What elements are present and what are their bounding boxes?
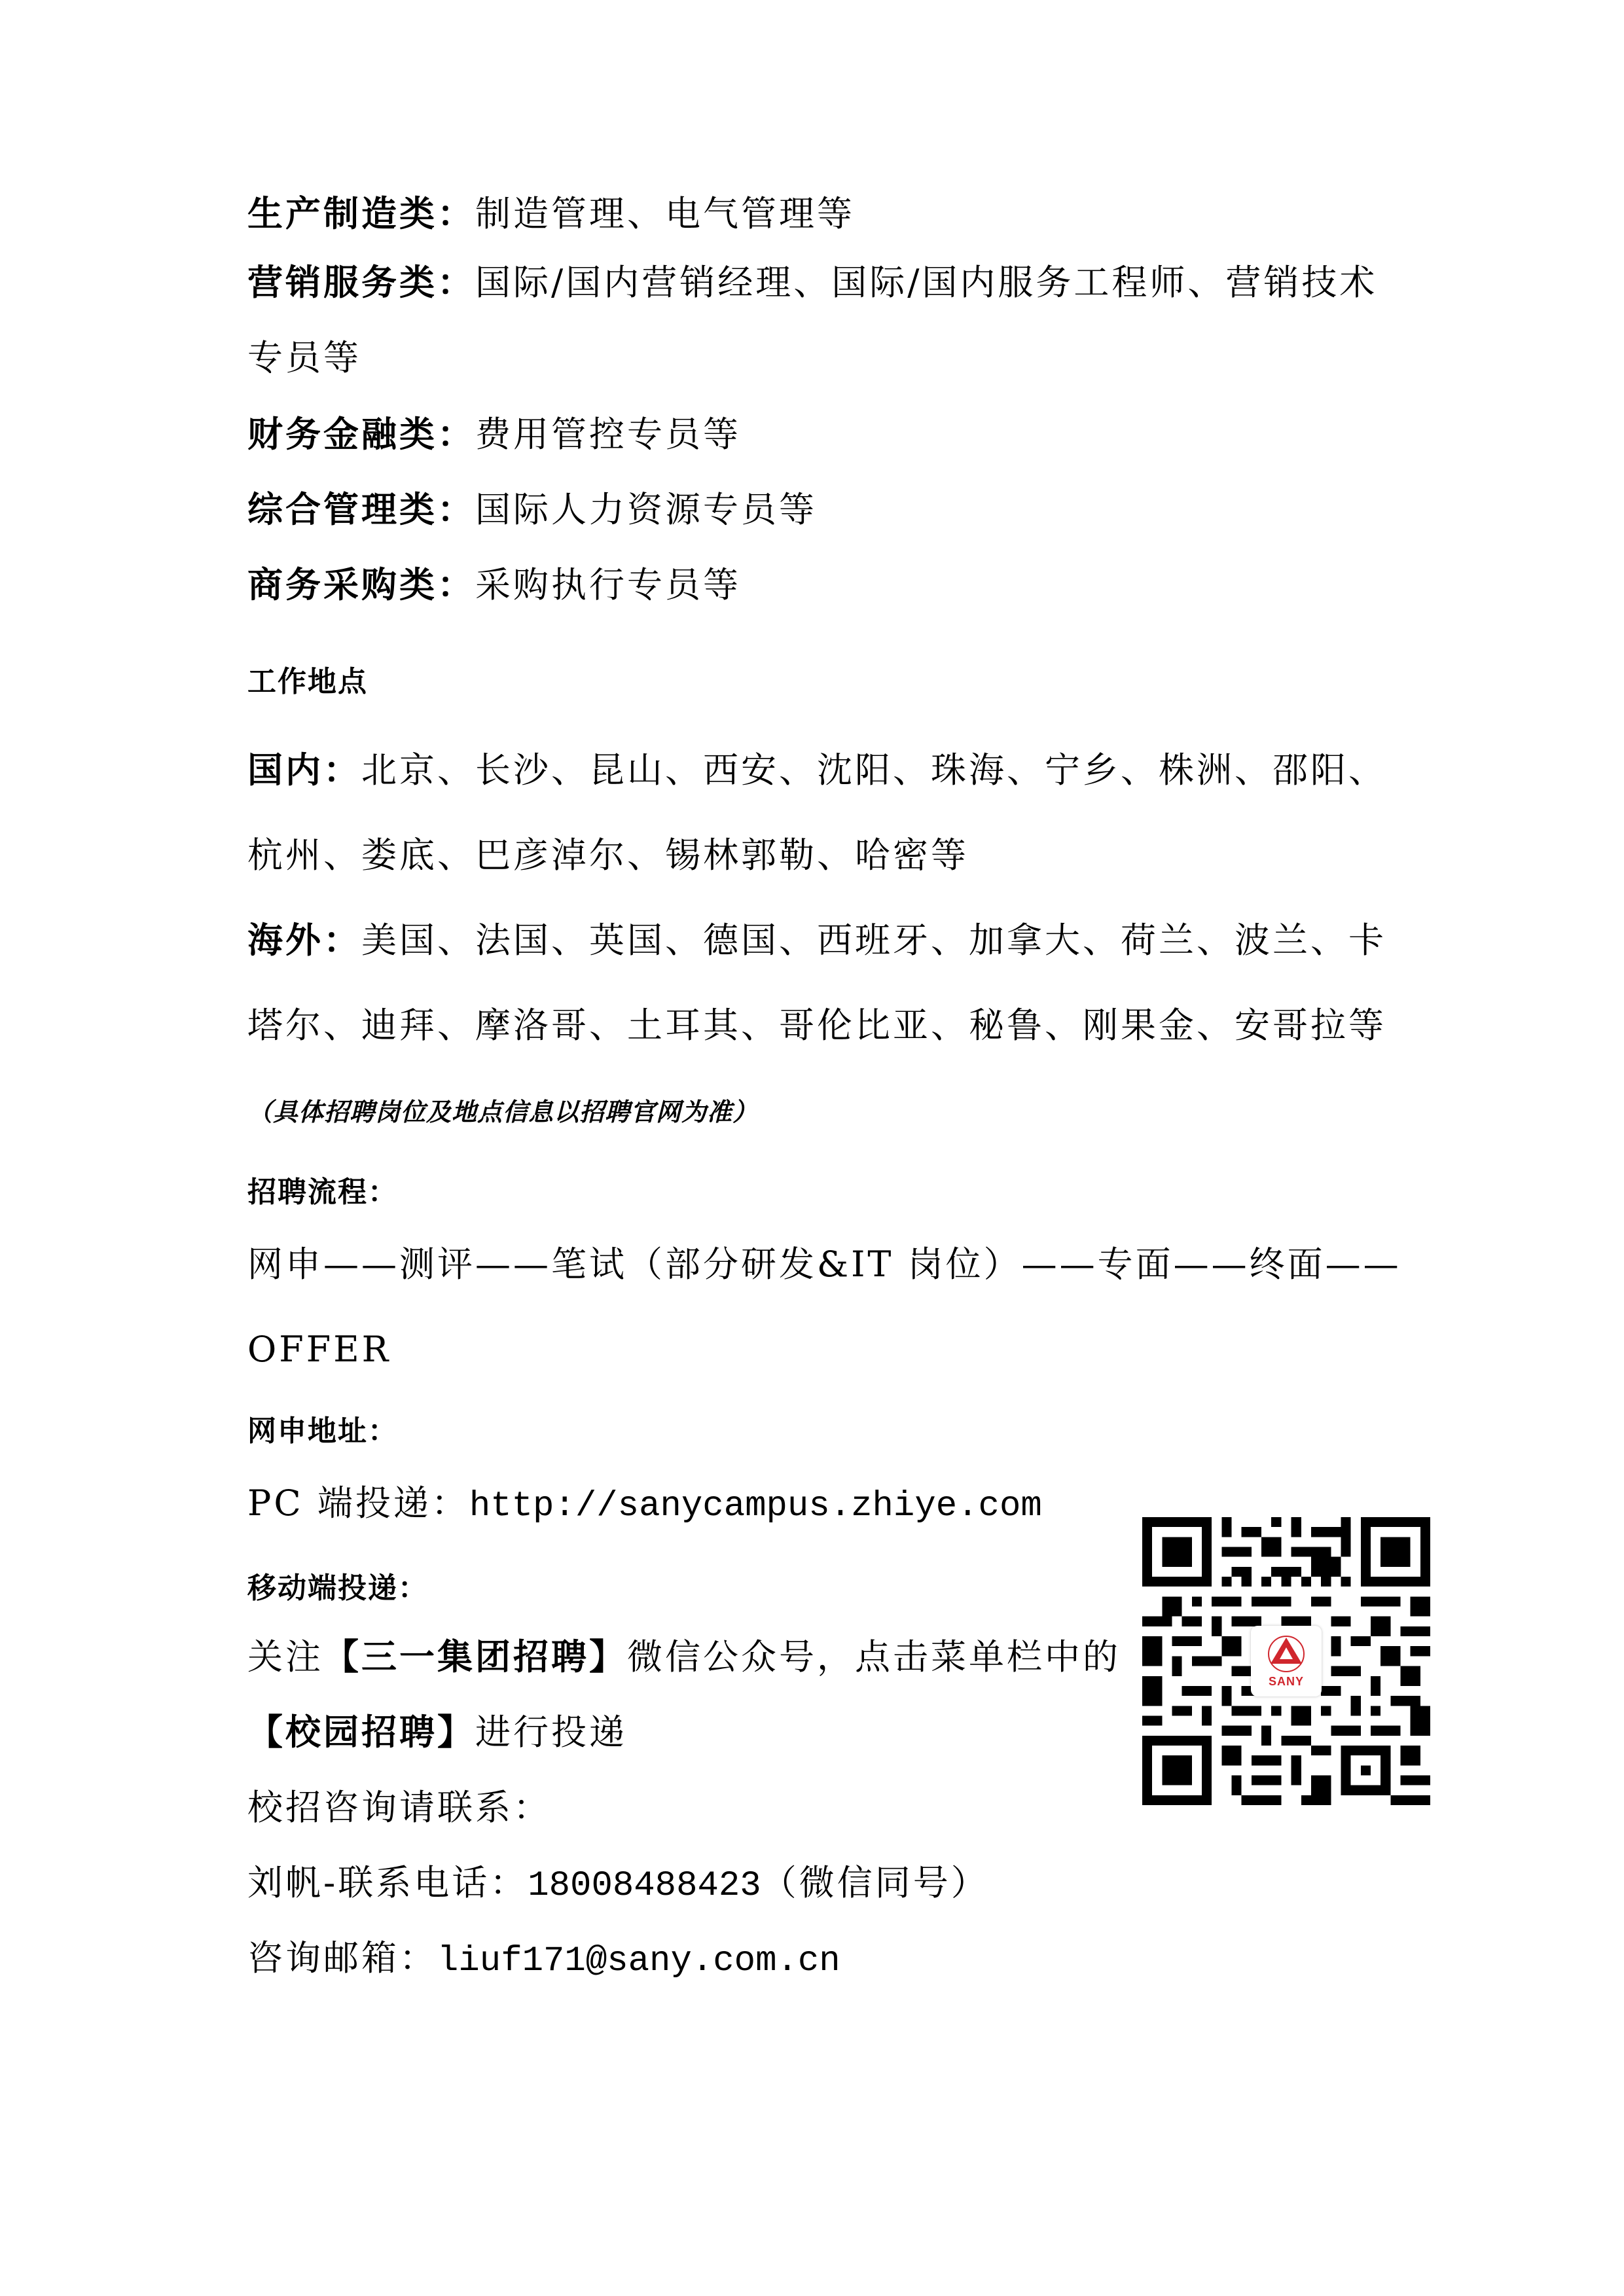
overseas-list: 美国、法国、英国、德国、西班牙、加拿大、荷兰、波兰、卡 (361, 920, 1386, 961)
wechat-account-name: 【三一集团招聘】 (323, 1636, 627, 1677)
pc-apply: PC 端投递：http://sanycampus.zhiye.com (247, 1486, 1042, 1524)
category-procurement: 商务采购类：采购执行专员等 (247, 567, 741, 603)
contact-phone: 刘帆-联系电话：18008488423（微信同号） (247, 1865, 989, 1904)
overseas-locations-cont: 塔尔、迪拜、摩洛哥、土耳其、哥伦比亚、秘鲁、刚果金、安哥拉等 (247, 1008, 1386, 1043)
locations-note: （具体招聘岗位及地点信息以招聘官网为准） (247, 1100, 758, 1124)
category-manufacturing: 生产制造类：制造管理、电气管理等 (247, 196, 855, 232)
text: 关注 (247, 1636, 323, 1677)
category-label: 财务金融类： (247, 414, 475, 455)
mobile-apply-instructions-cont: 【校园招聘】进行投递 (247, 1715, 627, 1750)
sany-triangle-icon (1267, 1634, 1306, 1674)
category-value: 国际人力资源专员等 (475, 489, 817, 530)
category-marketing-cont: 专员等 (247, 340, 361, 376)
pc-url-link[interactable]: http://sanycampus.zhiye.com (469, 1486, 1042, 1526)
email-link[interactable]: liuf171@sany.com.cn (437, 1941, 840, 1981)
category-value: 制造管理、电气管理等 (475, 193, 855, 234)
category-finance: 财务金融类：费用管控专员等 (247, 417, 741, 452)
phone-note: （微信同号） (761, 1862, 989, 1903)
text: 进行投递 (475, 1712, 627, 1753)
phone-label: 刘帆-联系电话： (247, 1862, 528, 1903)
domestic-locations-cont: 杭州、娄底、巴彦淖尔、锡林郭勒、哈密等 (247, 838, 969, 873)
apply-heading: 网申地址： (247, 1417, 398, 1446)
category-value: 国际/国内营销经理、国际/国内服务工程师、营销技术 (475, 262, 1377, 303)
category-label: 生产制造类： (247, 193, 475, 234)
email-label: 咨询邮箱： (247, 1937, 437, 1979)
category-value: 费用管控专员等 (475, 414, 741, 455)
category-marketing: 营销服务类：国际/国内营销经理、国际/国内服务工程师、营销技术 (247, 265, 1377, 300)
category-value: 采购执行专员等 (475, 564, 741, 605)
category-label: 综合管理类： (247, 489, 475, 530)
mobile-apply-instructions: 关注【三一集团招聘】微信公众号，点击菜单栏中的 (247, 1640, 1121, 1675)
pc-label: PC 端投递： (247, 1482, 469, 1524)
category-label: 商务采购类： (247, 564, 475, 605)
overseas-locations: 海外：美国、法国、英国、德国、西班牙、加拿大、荷兰、波兰、卡 (247, 923, 1386, 958)
sany-logo-text: SANY (1269, 1675, 1304, 1689)
phone-number: 18008488423 (528, 1866, 761, 1906)
contact-intro: 校招咨询请联系： (247, 1790, 551, 1825)
menu-name: 【校园招聘】 (247, 1712, 475, 1753)
domestic-list: 北京、长沙、昆山、西安、沈阳、珠海、宁乡、株洲、邵阳、 (361, 749, 1386, 791)
locations-heading: 工作地点 (247, 668, 368, 696)
document-page: 生产制造类：制造管理、电气管理等 营销服务类：国际/国内营销经理、国际/国内服务… (0, 0, 1624, 2296)
category-admin: 综合管理类：国际人力资源专员等 (247, 492, 817, 528)
process-steps: 网申——测评——笔试（部分研发&IT 岗位）——专面——终面—— (247, 1247, 1401, 1282)
domestic-locations: 国内：北京、长沙、昆山、西安、沈阳、珠海、宁乡、株洲、邵阳、 (247, 753, 1386, 788)
mobile-apply-heading: 移动端投递： (247, 1574, 428, 1603)
domestic-label: 国内： (247, 749, 361, 791)
sany-logo: SANY (1251, 1626, 1322, 1696)
process-heading: 招聘流程： (247, 1178, 398, 1207)
category-label: 营销服务类： (247, 262, 475, 303)
overseas-label: 海外： (247, 920, 361, 961)
text: 微信公众号，点击菜单栏中的 (627, 1636, 1121, 1677)
contact-email: 咨询邮箱：liuf171@sany.com.cn (247, 1941, 840, 1979)
process-steps-cont: OFFER (247, 1332, 391, 1367)
